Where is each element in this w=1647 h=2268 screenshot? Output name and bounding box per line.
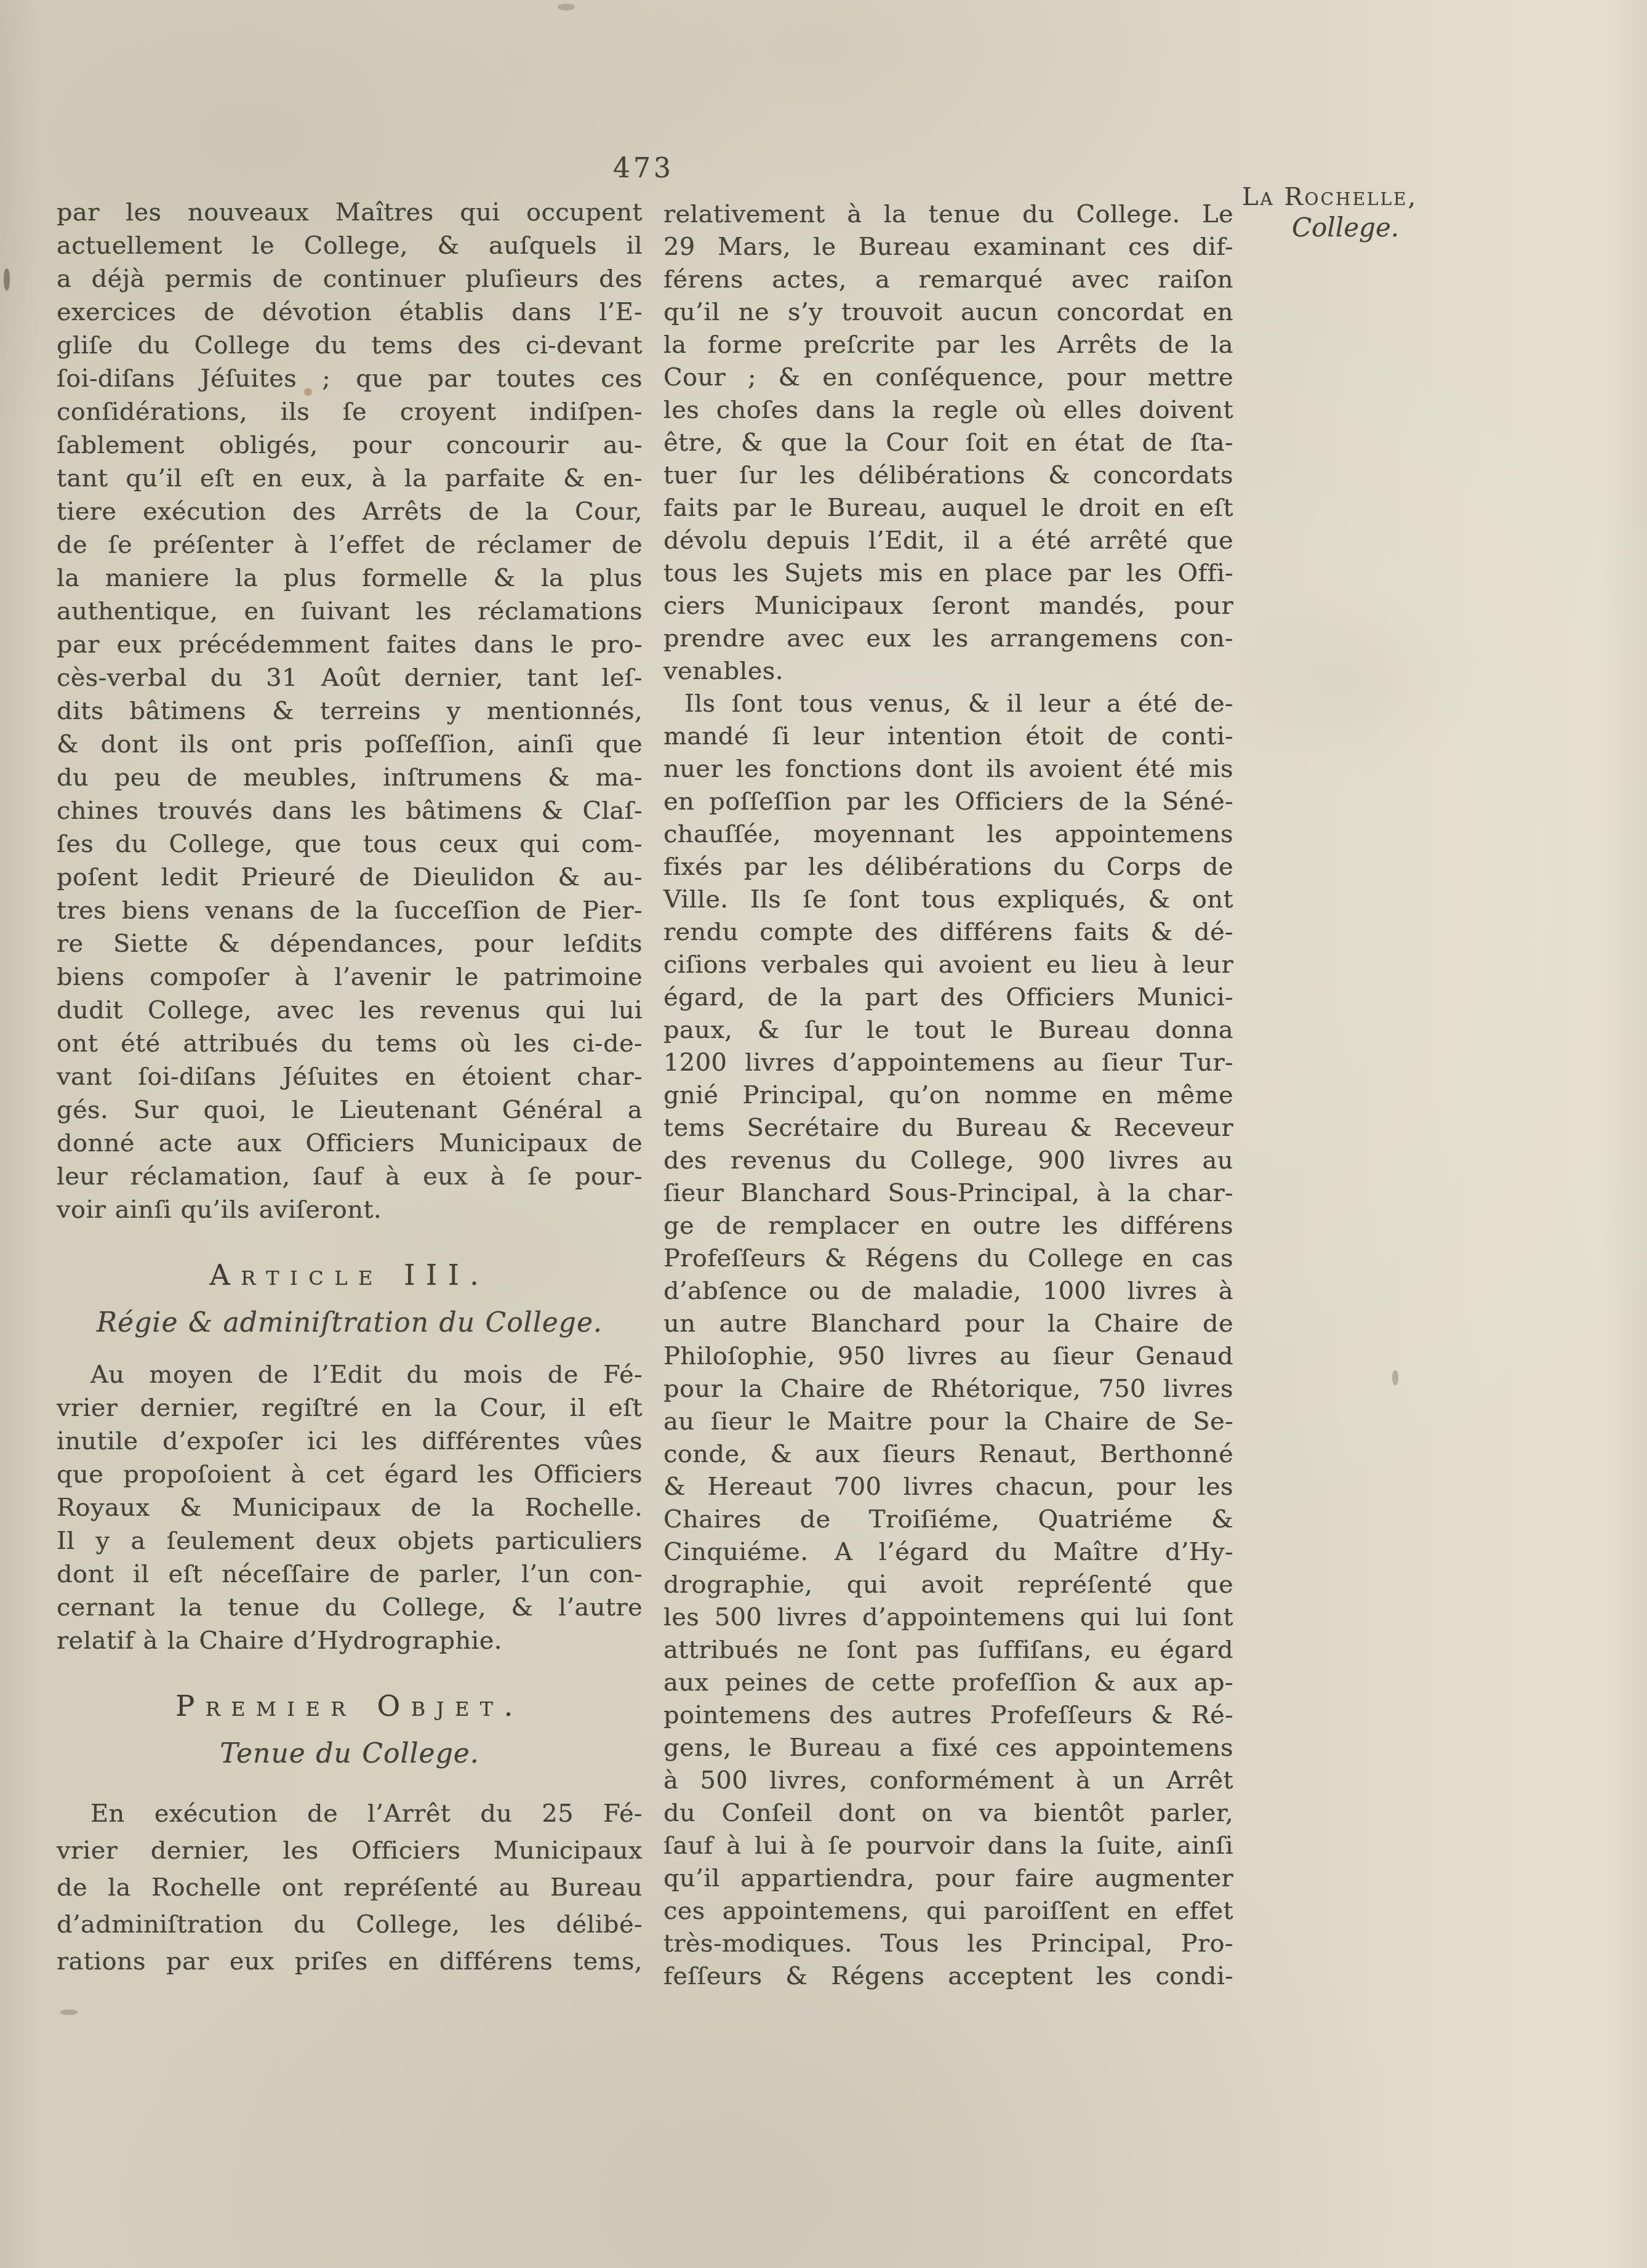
text-line: Cour ; & en conſéquence, pour mettre [663,361,1233,394]
text-line: Profeſſeurs & Régens du College en cas [663,1242,1233,1275]
text-line: les 500 livres d’appointemens qui lui ſo… [663,1601,1233,1634]
paper-speck [558,4,575,10]
text-line: la forme preſcrite par les Arrêts de la [663,329,1233,361]
text-line: Au moyen de l’Edit du mois de Fé- [57,1358,643,1391]
text-line: paux, & ſur le tout le Bureau donna [663,1014,1233,1047]
paper-speck [4,268,10,291]
paragraph: Ils ſont tous venus, & il leur a été de-… [663,688,1233,1993]
paper-speck [1392,1370,1398,1385]
text-line: nuer les fonctions dont ils avoient été … [663,753,1233,786]
text-line: Chaires de Troiſiéme, Quatriéme & [663,1503,1233,1536]
margin-note-place: La Rochelle, [1242,182,1449,212]
text-line: en poſſeſſion par les Officiers de la Sé… [663,786,1233,818]
text-line: ſoi-diſans Jéſuites ; que par toutes ces [57,362,643,395]
text-line: pour la Chaire de Rhétorique, 750 livres [663,1373,1233,1405]
text-line: ge de remplacer en outre les différens [663,1210,1233,1242]
text-line: re Siette & dépendances, pour leſdits [57,927,643,960]
text-line: venables. [663,655,1233,688]
text-line: dudit College, avec les revenus qui lui [57,994,643,1027]
section-subheading: Tenue du College. [57,1737,643,1771]
text-line: biens compoſer à l’avenir le patrimoine [57,960,643,994]
section-subheading: Régie & adminiſtration du College. [57,1306,643,1340]
text-line: tems Secrétaire du Bureau & Receveur [663,1112,1233,1144]
left-column: par les nouveaux Maîtres qui occupentact… [57,196,643,1980]
text-line: tres biens venans de la ſucceſſion de Pi… [57,894,643,927]
paragraph: relativement à la tenue du College. Le29… [663,198,1233,688]
text-line: Cinquiéme. A l’égard du Maître d’Hy- [663,1536,1233,1569]
text-line: tous les Sujets mis en place par les Off… [663,557,1233,590]
text-line: prendre avec eux les arrangemens con- [663,622,1233,655]
text-line: dévolu depuis l’Edit, il a été arrêté qu… [663,525,1233,557]
text-line: égard, de la part des Officiers Munici- [663,981,1233,1014]
text-line: d’adminiſtration du College, les délibé- [57,1906,643,1943]
text-line: donné acte aux Officiers Municipaux de [57,1127,643,1160]
text-line: cernant la tenue du College, & l’autre [57,1591,643,1624]
text-line: des revenus du College, 900 livres au [663,1144,1233,1177]
text-line: aux peines de cette profeſſion & aux ap- [663,1667,1233,1699]
paragraph: En exécution de l’Arrêt du 25 Fé-vrier d… [57,1795,643,1980]
text-line: tuer ſur les délibérations & concordats [663,459,1233,492]
text-line: Philoſophie, 950 livres au ſieur Genaud [663,1340,1233,1373]
text-line: par les nouveaux Maîtres qui occupent [57,196,643,229]
margin-note: La Rochelle, College. [1242,182,1449,244]
text-line: ces appointemens, qui paroiſſent en effe… [663,1895,1233,1928]
text-line: ſieur Blanchard Sous-Principal, à la cha… [663,1177,1233,1210]
text-line: 29 Mars, le Bureau examinant ces dif- [663,231,1233,263]
text-line: pointemens des autres Profeſſeurs & Ré- [663,1699,1233,1732]
text-line: la maniere la plus formelle & la plus [57,561,643,595]
text-line: Ville. Ils ſe ſont tous expliqués, & ont [663,883,1233,916]
text-line: inutile d’expoſer ici les différentes vû… [57,1425,643,1458]
text-line: gnié Principal, qu’on nomme en même [663,1079,1233,1112]
text-line: ſablement obligés, pour concourir au- [57,428,643,462]
text-line: de la Rochelle ont repréſenté au Bureau [57,1869,643,1906]
paragraph: par les nouveaux Maîtres qui occupentact… [57,196,643,1226]
margin-note-subject: College. [1242,212,1449,244]
text-line: fixés par les délibérations du Corps de [663,851,1233,883]
text-line: du peu de meubles, inſtrumens & ma- [57,761,643,794]
text-line: faits par le Bureau, auquel le droit en … [663,492,1233,525]
text-line: ciers Municipaux ſeront mandés, pour [663,590,1233,622]
paper-speck [60,2009,78,2015]
text-line: du Conſeil dont on va bientôt parler, [663,1797,1233,1830]
text-line: Ils ſont tous venus, & il leur a été de- [663,688,1233,720]
text-line: un autre Blanchard pour la Chaire de [663,1308,1233,1340]
text-line: par eux précédemment faites dans le pro- [57,628,643,661]
text-line: Il y a ſeulement deux objets particulier… [57,1524,643,1558]
text-line: En exécution de l’Arrêt du 25 Fé- [57,1795,643,1832]
text-line: relativement à la tenue du College. Le [663,198,1233,231]
paragraph: Au moyen de l’Edit du mois de Fé-vrier d… [57,1358,643,1657]
text-line: rendu compte des différens faits & dé- [663,916,1233,949]
text-line: leur réclamation, ſauf à eux à ſe pour- [57,1160,643,1193]
text-line: mandé ſi leur intention étoit de conti- [663,720,1233,753]
text-line: cès-verbal du 31 Août dernier, tant leſ- [57,661,643,694]
text-line: à 500 livres, conformément à un Arrêt [663,1764,1233,1797]
text-line: ont été attribués du tems où les ci-de- [57,1027,643,1060]
text-line: dont il eſt néceſſaire de parler, l’un c… [57,1558,643,1591]
text-line: ſauf à lui à ſe pourvoir dans la ſuite, … [663,1830,1233,1862]
text-line: très-modiques. Tous les Principal, Pro- [663,1928,1233,1960]
text-line: férens actes, a remarqué avec raiſon [663,263,1233,296]
text-line: feſſeurs & Régens acceptent les condi- [663,1960,1233,1993]
text-line: qu’il appartiendra, pour faire augmenter [663,1862,1233,1895]
text-line: tiere exécution des Arrêts de la Cour, [57,495,643,528]
text-line: conde, & aux ſieurs Renaut, Berthonné [663,1438,1233,1471]
right-column: relativement à la tenue du College. Le29… [663,198,1233,1993]
text-line: vrier dernier, les Officiers Municipaux [57,1832,643,1869]
text-line: vrier dernier, regiſtré en la Cour, il e… [57,1391,643,1425]
text-line: gliſe du College du tems des ci-devant [57,329,643,362]
text-line: conſidérations, ils ſe croyent indiſpen- [57,395,643,428]
text-line: attribués ne ſont pas ſuffiſans, eu égar… [663,1634,1233,1667]
text-line: gés. Sur quoi, le Lieutenant Général a [57,1093,643,1127]
text-line: & Hereaut 700 livres chacun, pour les [663,1471,1233,1503]
text-line: de ſe préſenter à l’effet de réclamer de [57,528,643,561]
text-line: drographie, qui avoit repréſenté que [663,1569,1233,1601]
text-line: ſes du College, que tous ceux qui com- [57,827,643,861]
text-line: chines trouvés dans les bâtimens & Claſ- [57,794,643,827]
text-line: relatif à la Chaire d’Hydrographie. [57,1624,643,1657]
text-line: poſent ledit Prieuré de Dieulidon & au- [57,861,643,894]
text-line: tant qu’il eſt en eux, à la parfaite & e… [57,462,643,495]
text-line: chauſſée, moyennant les appointemens [663,818,1233,851]
text-line: ciſions verbales qui avoient eu lieu à l… [663,949,1233,981]
text-line: exercices de dévotion établis dans l’E- [57,296,643,329]
text-line: vant ſoi-diſans Jéſuites en étoient char… [57,1060,643,1093]
text-line: authentique, en ſuivant les réclamations [57,595,643,628]
text-line: a déjà permis de continuer pluſieurs des [57,262,643,296]
text-line: dits bâtimens & terreins y mentionnés, [57,694,643,728]
text-line: Royaux & Municipaux de la Rochelle. [57,1491,643,1524]
text-line: voir ainſi qu’ils aviſeront. [57,1193,643,1226]
text-line: les choſes dans la regle où elles doiven… [663,394,1233,427]
book-page: 473 La Rochelle, College. par les nouvea… [0,0,1647,2268]
text-line: d’abſence ou de maladie, 1000 livres à [663,1275,1233,1308]
section-heading: Premier Objet. [57,1688,643,1724]
text-line: que propoſoient à cet égard les Officier… [57,1458,643,1491]
text-line: 1200 livres d’appointemens au ſieur Tur- [663,1047,1233,1079]
text-line: au ſieur le Maitre pour la Chaire de Se- [663,1405,1233,1438]
section-heading: Article III. [57,1257,643,1293]
text-line: actuellement le College, & auſquels il [57,229,643,262]
text-line: & dont ils ont pris poſſeſſion, ainſi qu… [57,728,643,761]
text-line: rations par eux priſes en différens tems… [57,1943,643,1980]
text-line: gens, le Bureau a fixé ces appointemens [663,1732,1233,1764]
text-line: qu’il ne s’y trouvoit aucun concordat en [663,296,1233,329]
page-number: 473 [613,153,674,184]
text-line: être, & que la Cour ſoit en état de ſta- [663,427,1233,459]
